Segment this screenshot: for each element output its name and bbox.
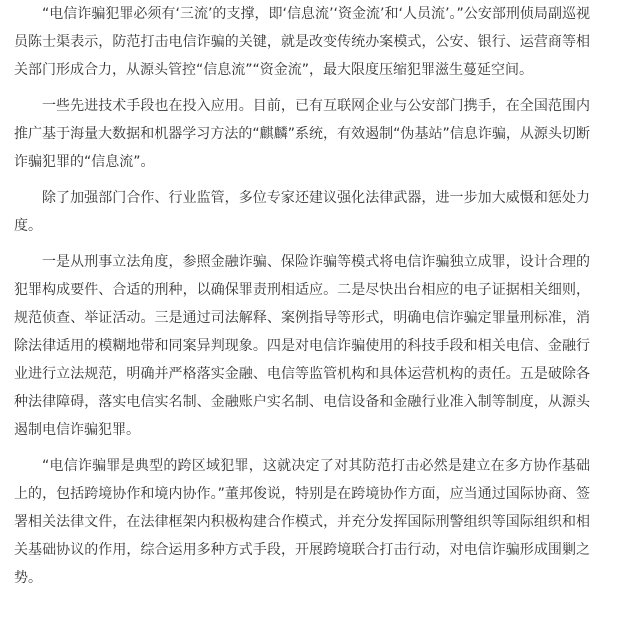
paragraph-legal-weapons: 除了加强部门合作、行业监管，多位专家还建议强化法律武器，进一步加大威慑和惩处力度… — [14, 184, 590, 240]
paragraph-cross-border-cooperation: “电信诈骗罪是典型的跨区域犯罪，这就决定了对其防范打击必然是建立在多方协作基础上… — [14, 452, 590, 592]
paragraph-tech-means: 一些先进技术手段也在投入应用。目前，已有互联网企业与公安部门携手，在全国范围内推… — [14, 92, 590, 176]
paragraph-legislative-suggestions: 一是从刑事立法角度，参照金融诈骗、保险诈骗等模式将电信诈骗独立成罪，设计合理的犯… — [14, 248, 590, 444]
article-body: “电信诈骗犯罪必须有‘三流’的支撑，即‘信息流’‘资金流’和‘人员流’。”公安部… — [14, 0, 590, 600]
paragraph-three-flows: “电信诈骗犯罪必须有‘三流’的支撑，即‘信息流’‘资金流’和‘人员流’。”公安部… — [14, 0, 590, 84]
